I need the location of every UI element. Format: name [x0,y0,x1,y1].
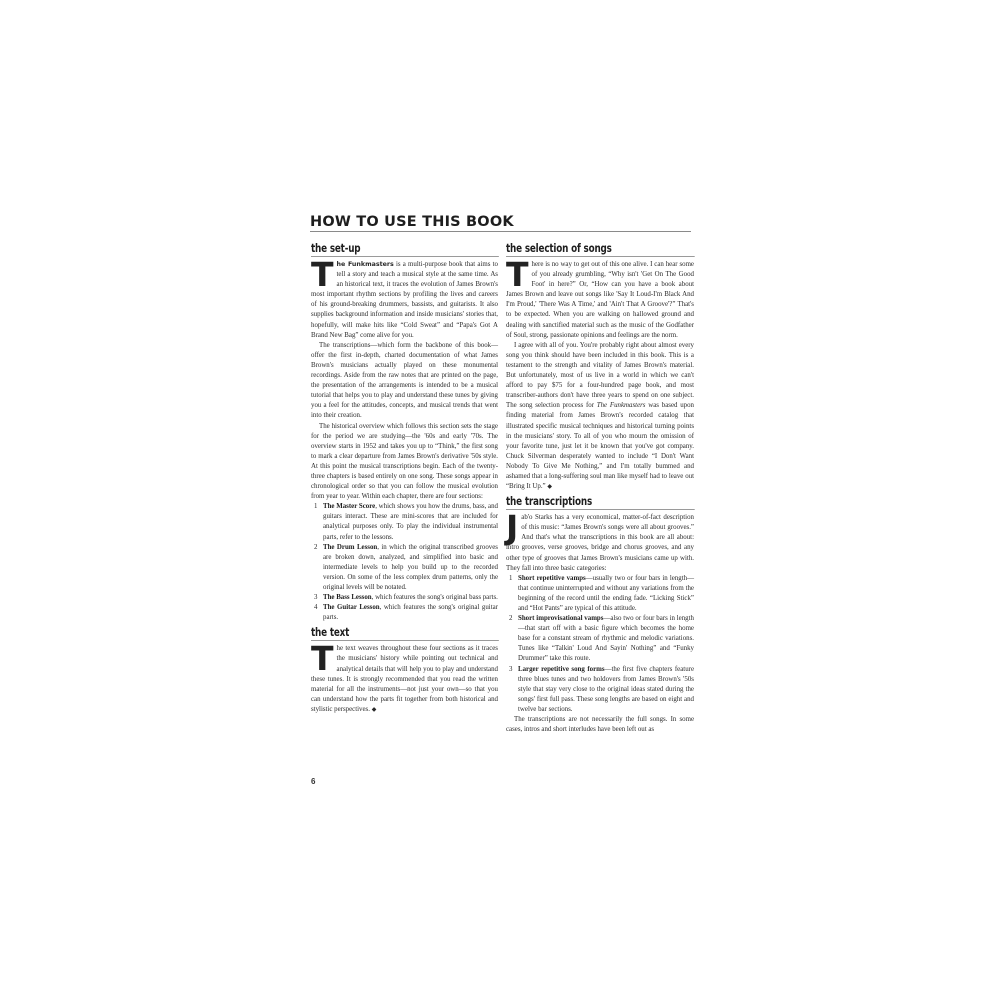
right-column: the selection of songs There is no way t… [506,241,694,735]
drop-cap: T [506,261,529,289]
list-item-term: The Guitar Lesson [323,604,380,611]
paragraph-text: he text weaves throughout these four sec… [311,645,498,713]
section-heading-text: the text [311,625,499,641]
list-item-text: , which features the song's original bas… [372,594,498,601]
list-number: 2 [509,614,512,624]
list-number: 1 [314,502,317,512]
list-number: 3 [509,665,512,675]
end-mark-icon: ◆ [372,707,377,713]
transcriptions-paragraph-2: The transcriptions are not necessarily t… [506,715,694,735]
section-heading-selection: the selection of songs [506,241,695,257]
paragraph-text: is a multi-purpose book that aims to tel… [311,261,498,339]
list-item: 2Short improvisational vamps—also two or… [506,614,694,664]
page-number: 6 [311,777,315,786]
drop-cap: T [311,645,334,673]
groove-categories-list: 1Short repetitive vamps—usually two or f… [506,574,694,715]
list-item-term: The Master Score [323,503,375,510]
list-number: 2 [314,543,317,553]
list-item: 1Short repetitive vamps—usually two or f… [506,574,694,614]
drop-cap: J [506,514,518,542]
page-title: HOW TO USE THIS BOOK [310,214,514,230]
book-title-lead: he Funkmasters [337,261,394,268]
paragraph-text: here is no way to get out of this one al… [506,261,694,339]
drop-cap: T [311,261,334,289]
list-item-term: The Bass Lesson [323,594,372,601]
list-number: 4 [314,603,317,613]
setup-paragraph-2: The transcriptions—which form the backbo… [311,341,498,422]
selection-paragraph-2: I agree with all of you. You're probably… [506,341,694,492]
transcriptions-paragraph-1: Jab'o Starks has a very economical, matt… [506,513,694,574]
text-paragraph-1: The text weaves throughout these four se… [311,644,498,715]
chapter-sections-list: 1The Master Score, which shows you how t… [311,502,498,623]
list-item-term: Larger repetitive song forms [518,666,605,673]
list-item-term: The Drum Lesson [323,544,377,551]
list-item: 4The Guitar Lesson, which features the s… [311,603,498,623]
setup-paragraph-1: The Funkmasters is a multi-purpose book … [311,260,498,341]
end-mark-icon: ◆ [547,484,552,490]
list-item-text: —also two or four bars in length—that st… [518,615,694,662]
list-item: 3Larger repetitive song forms—the first … [506,665,694,715]
list-number: 3 [314,593,317,603]
paragraph-text: ab'o Starks has a very economical, matte… [506,514,694,571]
book-title: The Funkmasters [597,402,646,409]
paragraph-text: I agree with all of you. You're probably… [506,342,694,410]
list-item-term: Short repetitive vamps [518,575,586,582]
left-column: the set-up The Funkmasters is a multi-pu… [311,241,498,715]
section-heading-transcriptions: the transcriptions [506,494,695,510]
list-item: 2The Drum Lesson, in which the original … [311,543,498,593]
paragraph-text: was based upon finding material from Jam… [506,402,694,490]
list-item: 1The Master Score, which shows you how t… [311,502,498,542]
section-heading-setup: the set-up [311,241,499,257]
list-item: 3The Bass Lesson, which features the son… [311,593,498,603]
title-divider [310,231,691,232]
list-item-term: Short improvisational vamps [518,615,603,622]
setup-paragraph-3: The historical overview which follows th… [311,422,498,503]
list-number: 1 [509,574,512,584]
selection-paragraph-1: There is no way to get out of this one a… [506,260,694,341]
